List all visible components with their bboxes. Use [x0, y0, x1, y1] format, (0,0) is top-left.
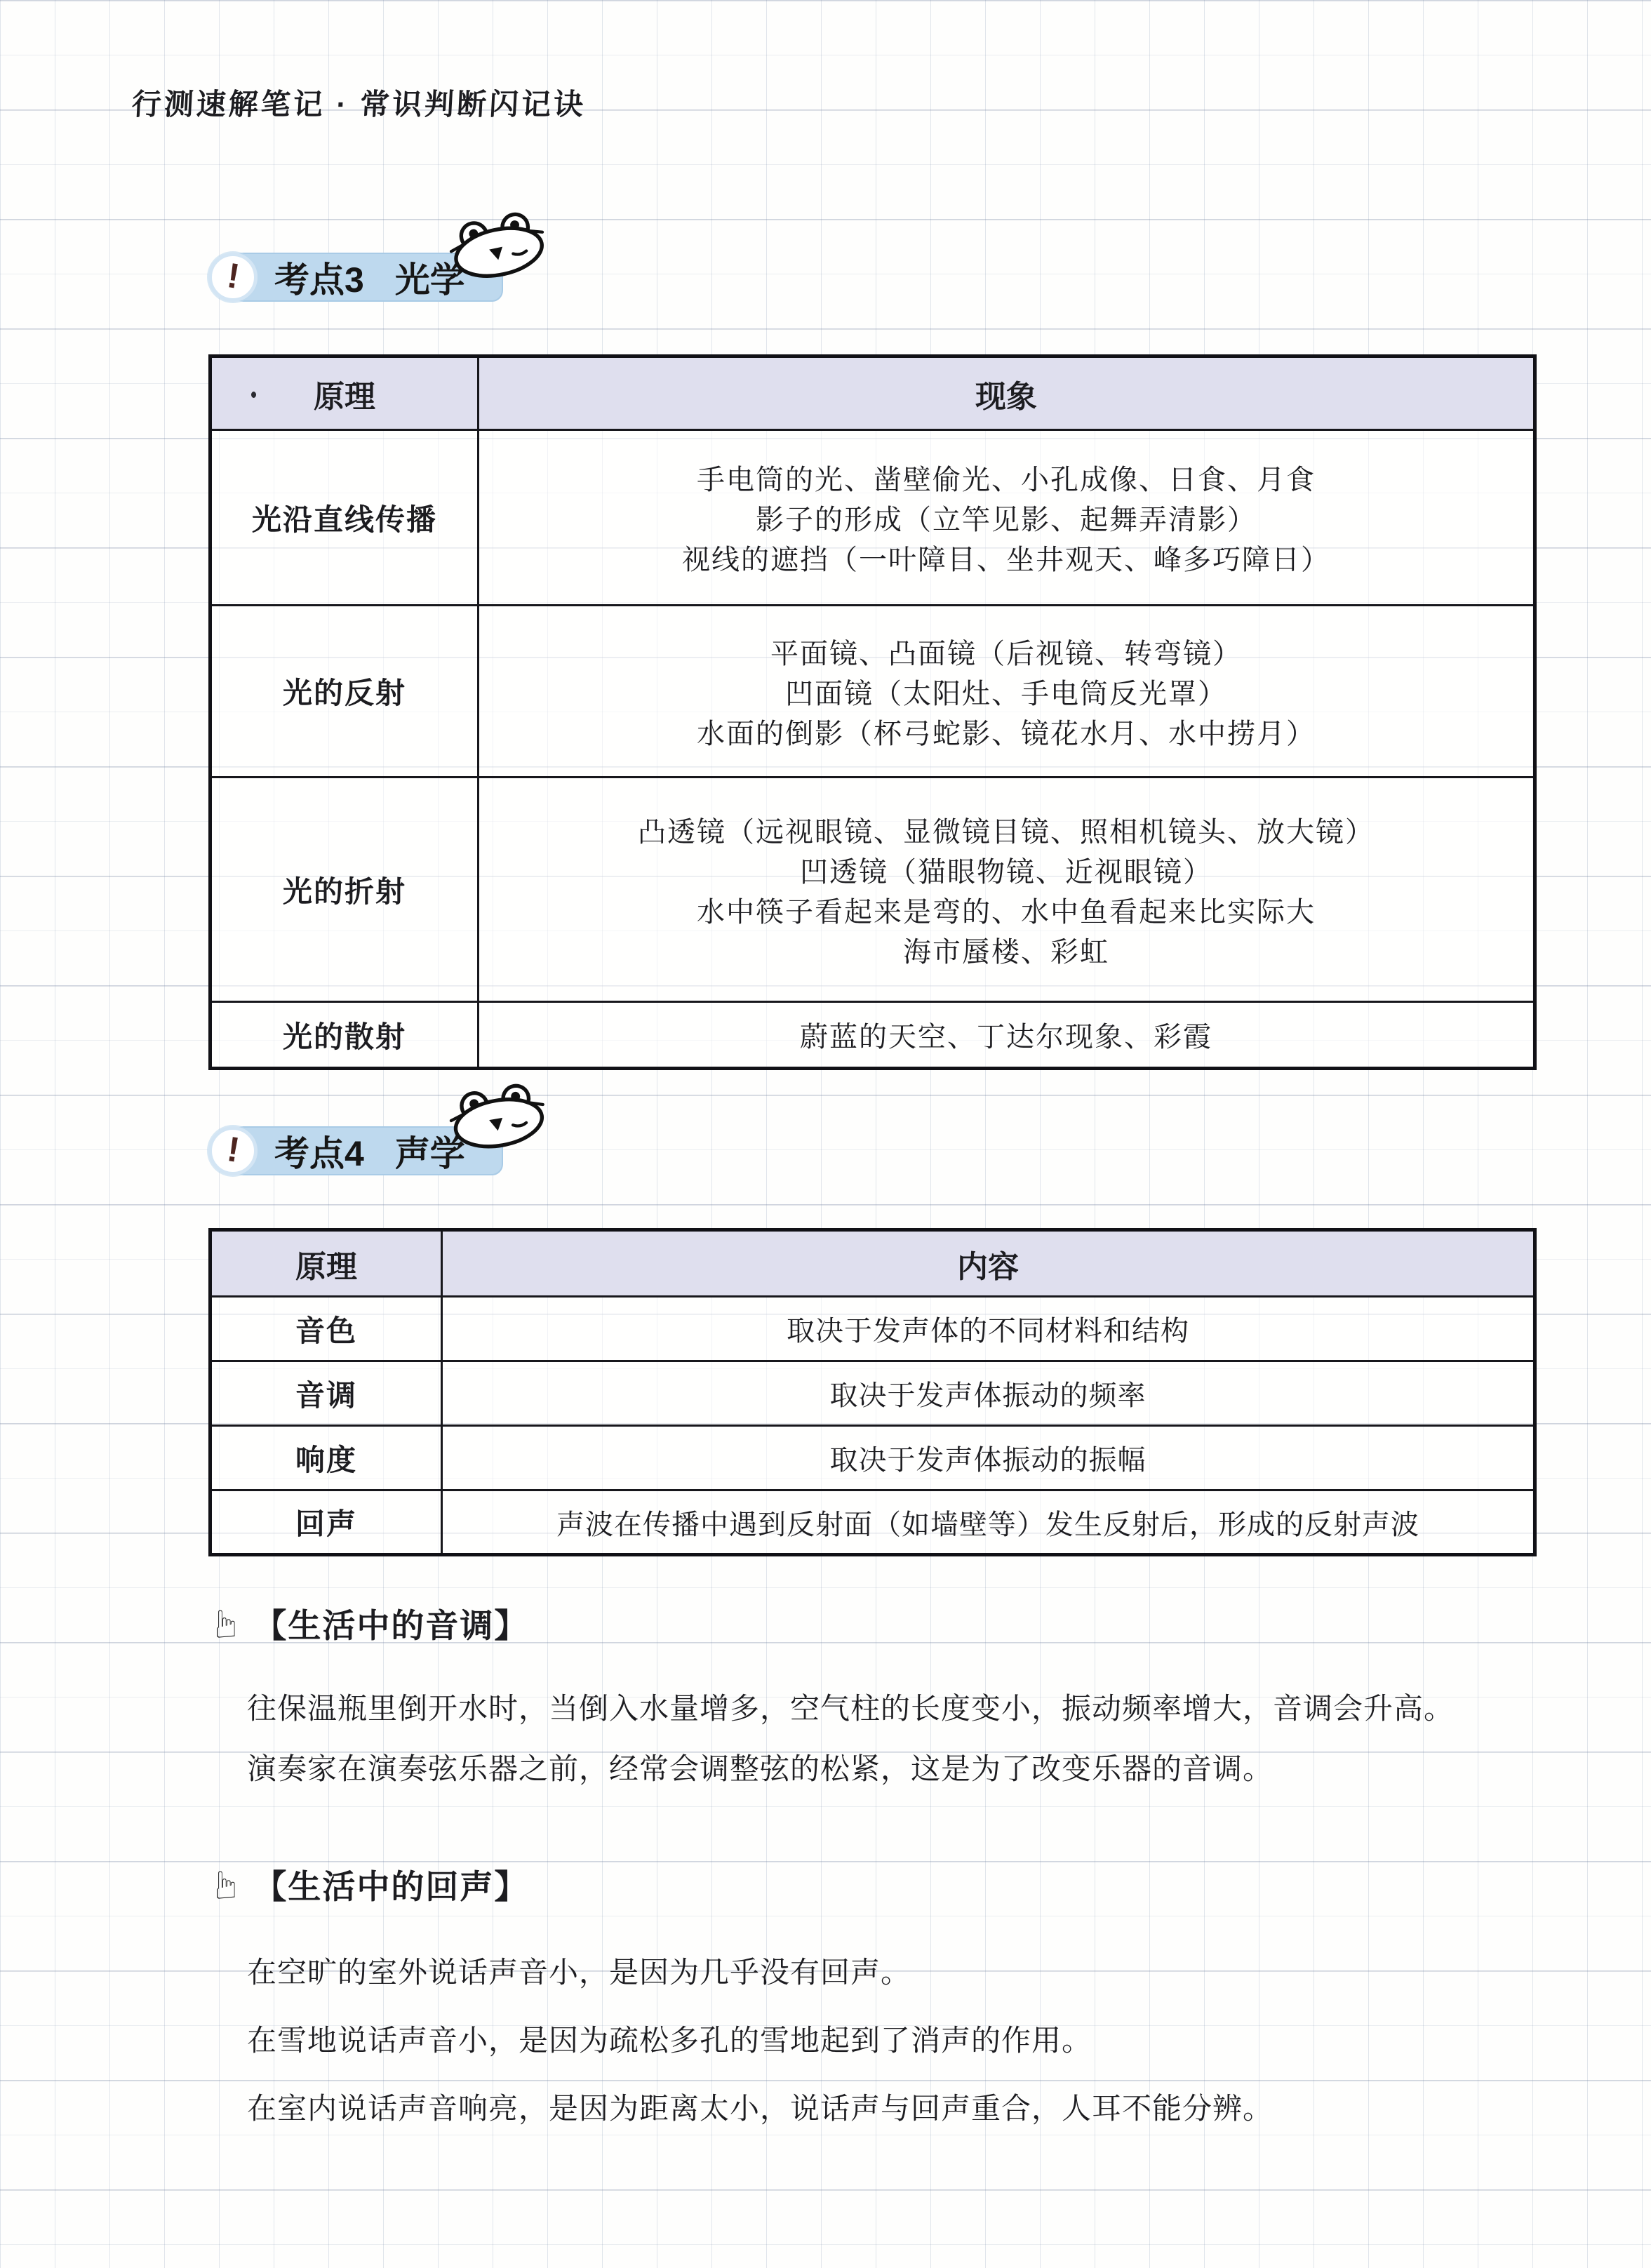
- note-title-pitch: ☞ 【生活中的音调】: [208, 1600, 528, 1647]
- exclamation-mark: !: [225, 1131, 241, 1168]
- phenomenon-line: 视线的遮挡（一叶障目、坐井观天、峰多巧障日）: [480, 538, 1532, 578]
- page-title: 行测速解笔记 · 常识判断闪记诀: [131, 81, 587, 124]
- phenomenon-cell: 凸透镜（远视眼镜、显微镜目镜、照相机镜头、放大镜） 凹透镜（猫眼物镜、近视眼镜）…: [479, 778, 1535, 1002]
- exclamation-badge-icon: !: [208, 1126, 258, 1175]
- phenomenon-line: 水面的倒影（杯弓蛇影、镜花水月、水中捞月）: [480, 712, 1532, 752]
- principle-cell: 光沿直线传播: [210, 430, 479, 606]
- table-row: 回声 声波在传播中遇到反射面（如墙壁等）发生反射后，形成的反射声波: [210, 1490, 1535, 1555]
- table-row: 音调 取决于发声体振动的频率: [210, 1361, 1535, 1426]
- phenomenon-line: 凹面镜（太阳灶、手电筒反光罩）: [480, 672, 1532, 712]
- exclamation-badge-icon: !: [208, 253, 258, 302]
- section-title: 光学: [395, 252, 465, 302]
- content-line: 取决于发声体振动的频率: [443, 1373, 1532, 1413]
- section-pill-acoustics: 考点4 声学: [232, 1126, 503, 1175]
- column-header-principle: 原理: [210, 1230, 442, 1297]
- table-row: 光的反射 平面镜、凸面镜（后视镜、转弯镜） 凹面镜（太阳灶、手电筒反光罩） 水面…: [210, 606, 1535, 778]
- table-row: 光沿直线传播 手电筒的光、凿壁偷光、小孔成像、日食、月食 影子的形成（立竿见影、…: [210, 430, 1535, 606]
- section-heading-acoustics: ! 考点4 声学: [208, 1121, 503, 1181]
- note-title-text: 【生活中的音调】: [253, 1600, 528, 1647]
- section-title: 声学: [395, 1126, 465, 1176]
- phenomenon-cell: 手电筒的光、凿壁偷光、小孔成像、日食、月食 影子的形成（立竿见影、起舞弄清影） …: [479, 430, 1535, 606]
- phenomenon-line: 水中筷子看起来是弯的、水中鱼看起来比实际大: [480, 890, 1532, 930]
- note-title-echo: ☞ 【生活中的回声】: [208, 1861, 528, 1908]
- column-header-principle: 原理: [210, 356, 479, 430]
- principle-cell: 回声: [210, 1490, 442, 1555]
- phenomenon-line: 影子的形成（立竿见影、起舞弄清影）: [480, 498, 1532, 538]
- section-label: 考点4: [274, 1126, 364, 1176]
- section-heading-optics: ! 考点3 光学: [208, 247, 503, 307]
- phenomenon-line: 手电筒的光、凿壁偷光、小孔成像、日食、月食: [480, 458, 1532, 498]
- note-line: 在雪地说话声音小，是因为疏松多孔的雪地起到了消声的作用。: [247, 2006, 1587, 2074]
- note-line: 在空旷的室外说话声音小，是因为几乎没有回声。: [247, 1938, 1587, 2006]
- content-cell: 声波在传播中遇到反射面（如墙壁等）发生反射后，形成的反射声波: [442, 1490, 1535, 1555]
- content-cell: 取决于发声体振动的频率: [442, 1361, 1535, 1426]
- principle-cell: 光的反射: [210, 606, 479, 778]
- phenomenon-cell: 蔚蓝的天空、丁达尔现象、彩霞: [479, 1002, 1535, 1069]
- content-line: 声波在传播中遇到反射面（如墙壁等）发生反射后，形成的反射声波: [443, 1502, 1532, 1542]
- content-cell: 取决于发声体的不同材料和结构: [442, 1297, 1535, 1361]
- pointing-hand-icon: ☞: [207, 1867, 245, 1902]
- principle-cell: 响度: [210, 1426, 442, 1490]
- column-header-content: 内容: [442, 1230, 1535, 1297]
- pointing-hand-icon: ☞: [207, 1606, 245, 1641]
- note-body-echo: 在空旷的室外说话声音小，是因为几乎没有回声。 在雪地说话声音小，是因为疏松多孔的…: [247, 1938, 1587, 2142]
- principle-cell: 光的折射: [210, 778, 479, 1002]
- phenomenon-line: 凸透镜（远视眼镜、显微镜目镜、照相机镜头、放大镜）: [480, 810, 1532, 850]
- section-label: 考点3: [274, 252, 364, 302]
- principle-cell: 音调: [210, 1361, 442, 1426]
- table-row: 音色 取决于发声体的不同材料和结构: [210, 1297, 1535, 1361]
- optics-table: 原理 现象 光沿直线传播 手电筒的光、凿壁偷光、小孔成像、日食、月食 影子的形成…: [208, 354, 1537, 1070]
- phenomenon-line: 海市蜃楼、彩虹: [480, 930, 1532, 970]
- note-body-pitch: 往保温瓶里倒开水时，当倒入水量增多，空气柱的长度变小，振动频率增大，音调会升高。…: [247, 1679, 1587, 1799]
- content-line: 取决于发声体振动的振幅: [443, 1438, 1532, 1478]
- column-header-phenomenon: 现象: [479, 356, 1535, 430]
- note-title-text: 【生活中的回声】: [253, 1861, 528, 1908]
- table-row: 光的折射 凸透镜（远视眼镜、显微镜目镜、照相机镜头、放大镜） 凹透镜（猫眼物镜、…: [210, 778, 1535, 1002]
- principle-cell: 光的散射: [210, 1002, 479, 1069]
- phenomenon-cell: 平面镜、凸面镜（后视镜、转弯镜） 凹面镜（太阳灶、手电筒反光罩） 水面的倒影（杯…: [479, 606, 1535, 778]
- principle-cell: 音色: [210, 1297, 442, 1361]
- ink-speck: [251, 392, 256, 398]
- notebook-page: 行测速解笔记 · 常识判断闪记诀 ! 考点3 光学 原理: [0, 0, 1651, 2268]
- acoustics-table: 原理 内容 音色 取决于发声体的不同材料和结构 音调 取决于发声体振动的频率 响…: [208, 1228, 1537, 1556]
- exclamation-mark: !: [225, 258, 241, 294]
- phenomenon-line: 蔚蓝的天空、丁达尔现象、彩霞: [480, 1015, 1532, 1055]
- note-line: 往保温瓶里倒开水时，当倒入水量增多，空气柱的长度变小，振动频率增大，音调会升高。: [247, 1679, 1587, 1739]
- table-header-row: 原理 现象: [210, 356, 1535, 430]
- note-line: 演奏家在演奏弦乐器之前，经常会调整弦的松紧，这是为了改变乐器的音调。: [247, 1739, 1587, 1799]
- note-line: 在室内说话声音响亮，是因为距离太小，说话声与回声重合，人耳不能分辨。: [247, 2074, 1587, 2142]
- table-row: 光的散射 蔚蓝的天空、丁达尔现象、彩霞: [210, 1002, 1535, 1069]
- content-line: 取决于发声体的不同材料和结构: [443, 1309, 1532, 1349]
- section-pill-optics: 考点3 光学: [232, 253, 503, 302]
- phenomenon-line: 平面镜、凸面镜（后视镜、转弯镜）: [480, 632, 1532, 672]
- table-header-row: 原理 内容: [210, 1230, 1535, 1297]
- phenomenon-line: 凹透镜（猫眼物镜、近视眼镜）: [480, 850, 1532, 890]
- table-row: 响度 取决于发声体振动的振幅: [210, 1426, 1535, 1490]
- content-cell: 取决于发声体振动的振幅: [442, 1426, 1535, 1490]
